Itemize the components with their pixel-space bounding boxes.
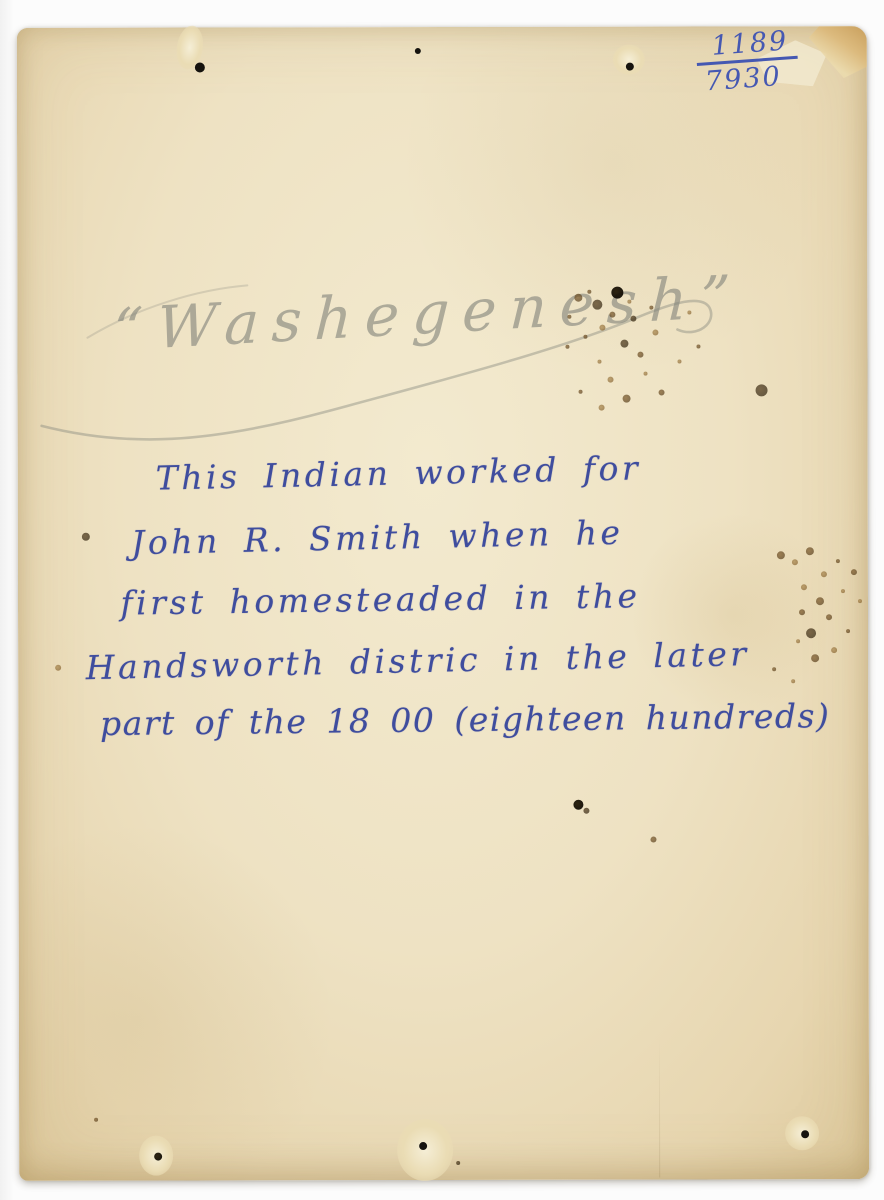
ink-note-line: Handsworth distric in the later xyxy=(85,634,750,687)
foxing-spot xyxy=(597,360,601,364)
tear-mark xyxy=(397,1119,453,1181)
crease-line xyxy=(659,1038,660,1178)
catalog-number: 1189 7930 xyxy=(695,27,800,98)
catalog-denominator: 7930 xyxy=(697,59,800,97)
pinhole xyxy=(154,1153,162,1161)
foxing-spot xyxy=(456,1161,460,1165)
ink-note-line: part of the 18 00 (eighteen hundreds) xyxy=(100,696,831,743)
foxing-spot xyxy=(565,345,569,349)
foxing-spot xyxy=(816,597,824,605)
pinhole xyxy=(626,63,634,71)
foxing-spot xyxy=(583,335,587,339)
foxing-spot xyxy=(599,405,605,411)
ink-note-line: John R. Smith when he xyxy=(131,513,624,562)
foxing-spot xyxy=(644,372,648,376)
foxing-spot xyxy=(858,599,862,603)
ink-note-line: first homesteaded in the xyxy=(120,576,641,622)
pinhole xyxy=(195,62,205,72)
pinhole xyxy=(801,1130,809,1138)
pencil-inscription-text: “Washegenesh” xyxy=(111,262,744,365)
pinhole xyxy=(611,287,623,299)
foxing-spot xyxy=(826,614,832,620)
foxing-spot xyxy=(696,344,700,348)
foxing-spot xyxy=(806,547,814,555)
foxing-spot xyxy=(94,1118,98,1122)
foxing-spot xyxy=(756,384,768,396)
foxing-spot xyxy=(831,647,837,653)
foxing-spot xyxy=(599,325,605,331)
foxing-spot xyxy=(801,584,807,590)
photo-verso-paper: 1189 7930 “Washegenesh” This Indian work… xyxy=(17,26,869,1181)
foxing-spot xyxy=(846,629,850,633)
foxing-spot xyxy=(811,654,819,662)
foxing-spot xyxy=(82,533,90,541)
foxing-spot xyxy=(623,395,631,403)
foxing-spot xyxy=(659,390,665,396)
foxing-spot xyxy=(650,837,656,843)
ink-note-line: This Indian worked for xyxy=(155,448,641,497)
foxing-spot xyxy=(841,589,845,593)
pinhole xyxy=(573,800,583,810)
foxing-spot xyxy=(687,310,691,314)
foxing-spot xyxy=(836,559,840,563)
foxing-spot xyxy=(777,551,785,559)
foxing-spot xyxy=(806,628,816,638)
pinhole xyxy=(419,1142,427,1150)
foxing-spot xyxy=(55,665,61,671)
foxing-spot xyxy=(772,667,776,671)
foxing-spot xyxy=(579,390,583,394)
foxing-spot xyxy=(821,571,827,577)
foxing-spot xyxy=(574,294,582,302)
foxing-spot xyxy=(627,300,631,304)
foxing-spot xyxy=(587,290,591,294)
foxing-spot xyxy=(792,559,798,565)
foxing-spot xyxy=(583,808,589,814)
foxing-spot xyxy=(592,300,602,310)
pinhole xyxy=(415,48,421,54)
foxing-spot xyxy=(796,639,800,643)
foxing-spot xyxy=(652,330,658,336)
foxing-spot xyxy=(567,315,571,319)
foxing-spot xyxy=(649,306,653,310)
pencil-inscription: “Washegenesh” xyxy=(87,278,767,347)
foxing-spot xyxy=(791,679,795,683)
foxing-spot xyxy=(609,312,615,318)
foxing-spot xyxy=(630,316,636,322)
foxing-spot xyxy=(608,377,614,383)
foxing-spot xyxy=(620,340,628,348)
foxing-spot xyxy=(851,569,857,575)
foxing-spot xyxy=(677,359,681,363)
foxing-spot xyxy=(637,352,643,358)
foxing-spot xyxy=(799,609,805,615)
